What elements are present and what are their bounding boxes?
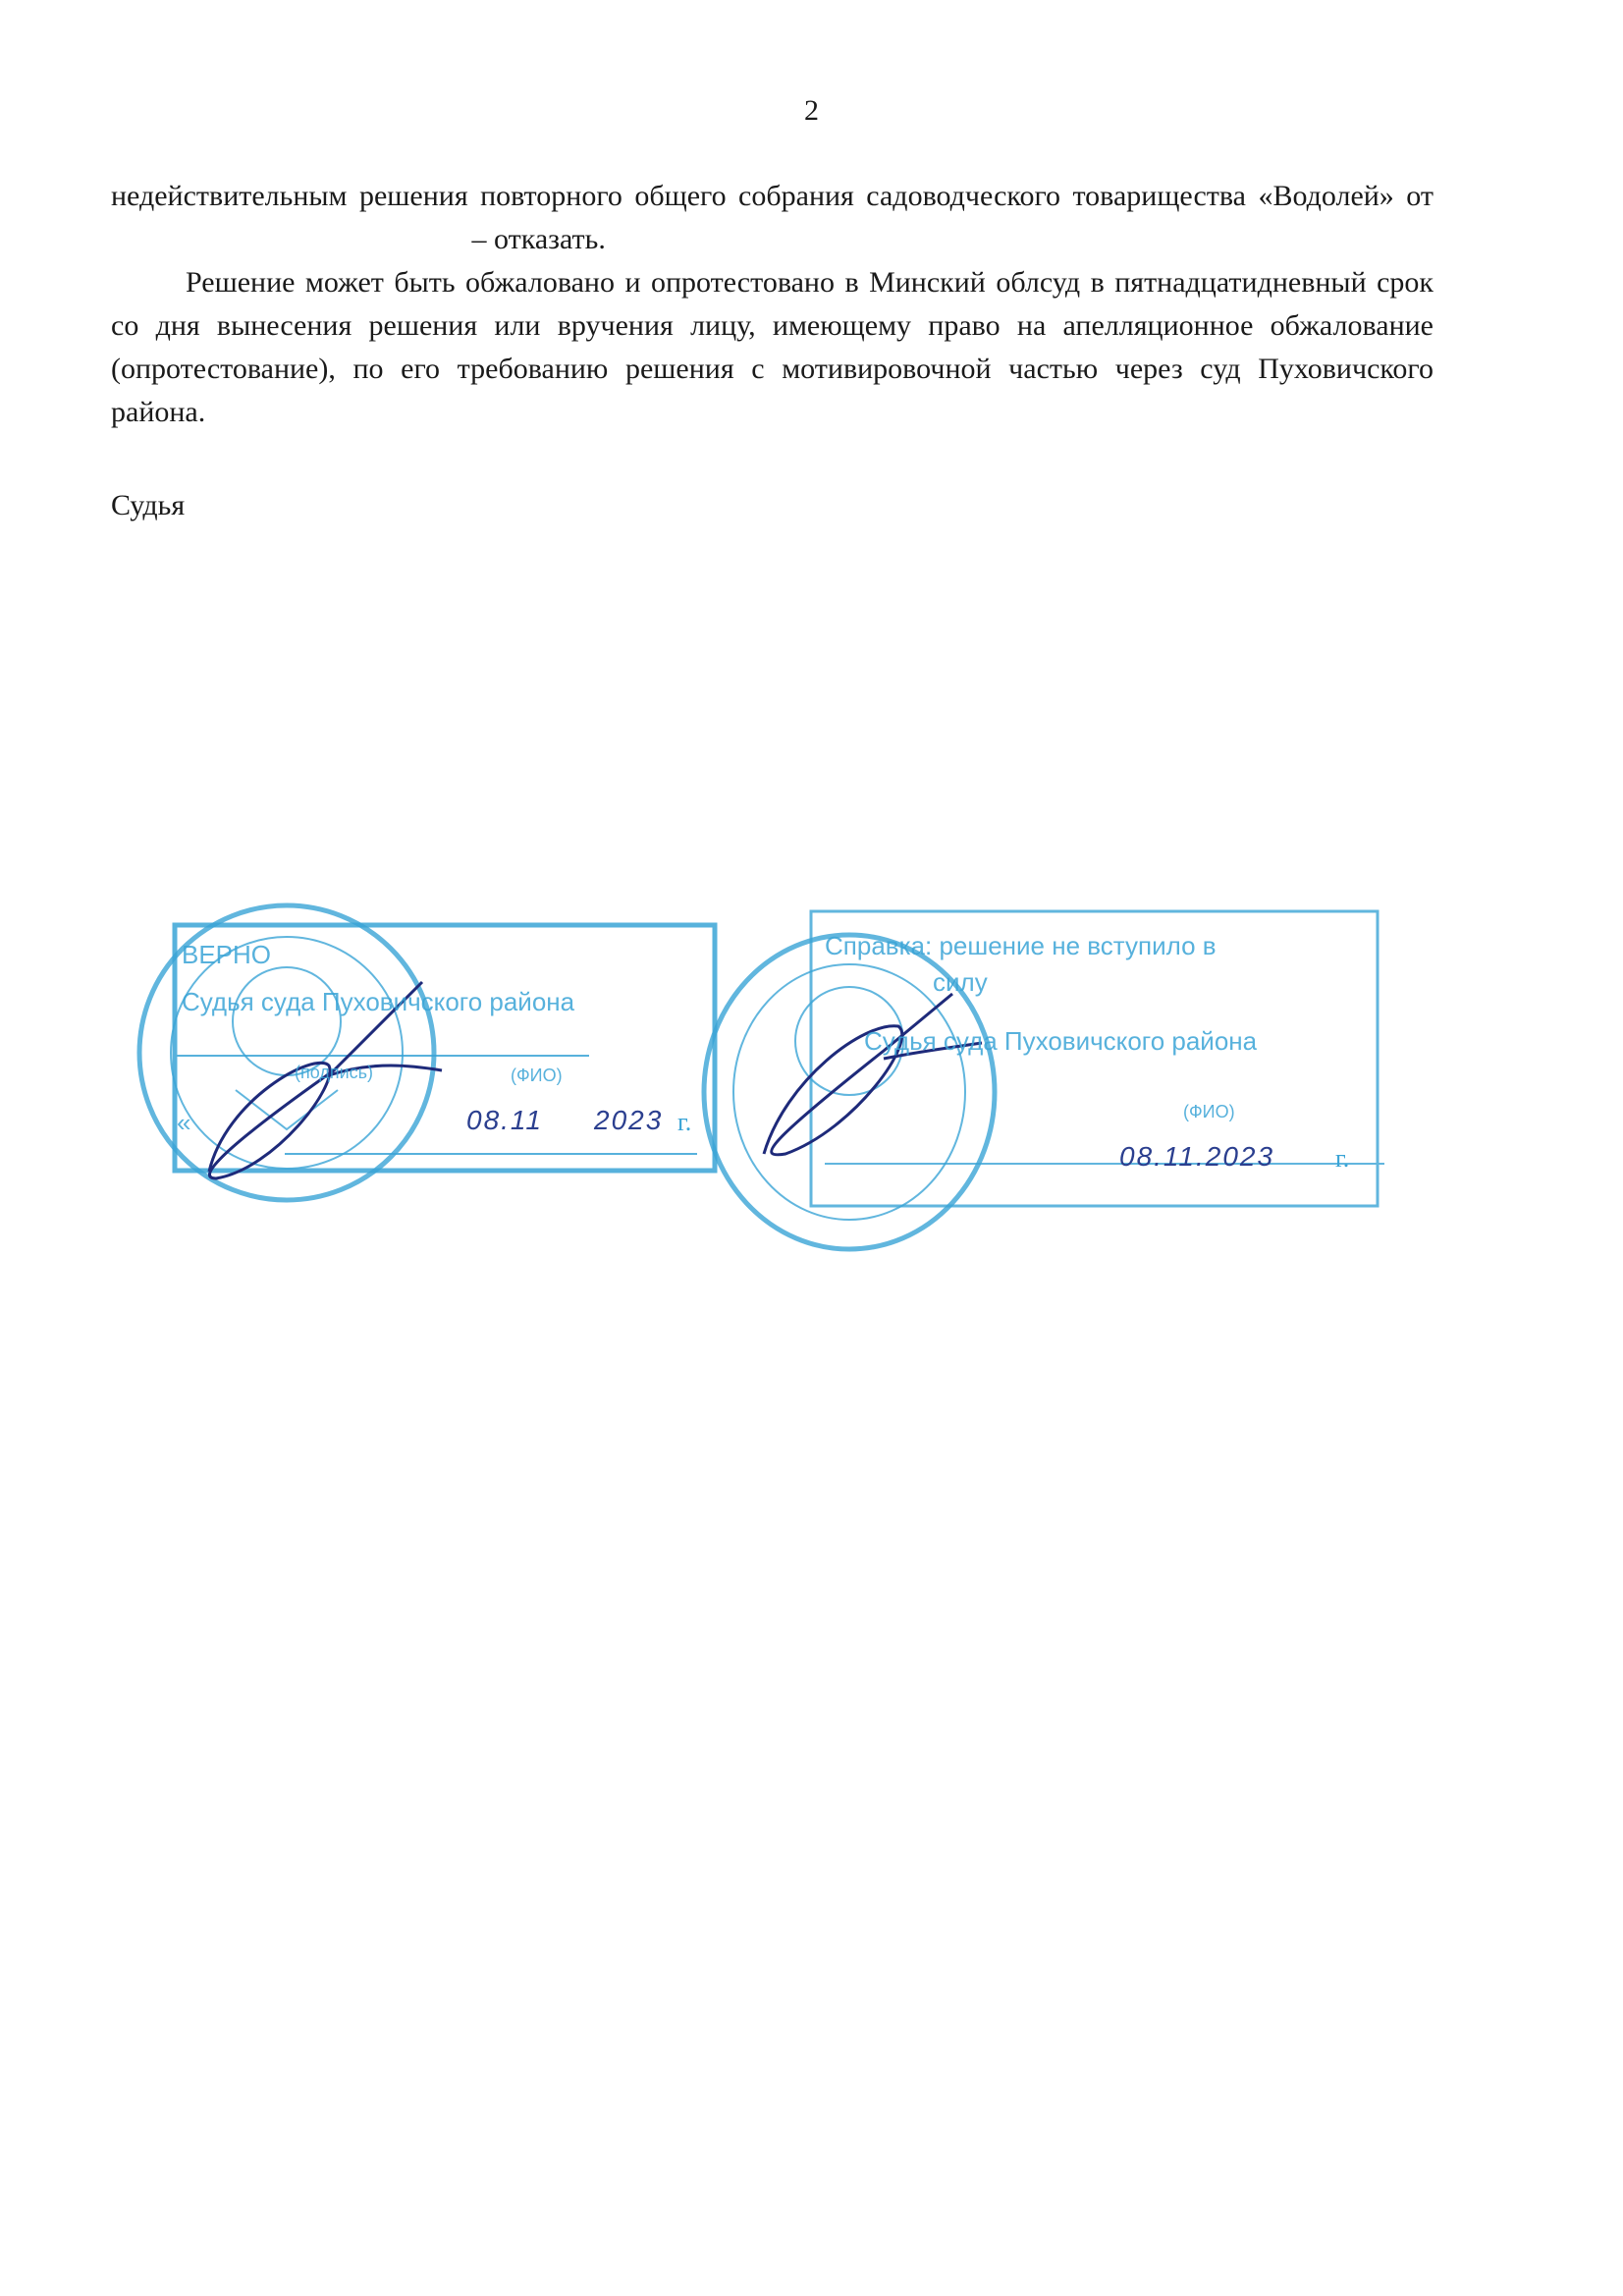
right-stamp-line-1: Справка: решение не вступило в [825, 931, 1217, 961]
right-stamp-line-3: Судья суда Пуховичского района [864, 1026, 1257, 1057]
left-stamp-line-2: Судья суда Пуховичского района [182, 987, 574, 1017]
left-stamp-date: 08.11 [466, 1105, 543, 1136]
right-stamp-year-suffix: г. [1335, 1144, 1349, 1174]
right-stamp-caption-initials: (ФИО) [1183, 1102, 1235, 1122]
left-stamp-line-1: ВЕРНО [182, 940, 271, 970]
left-stamp-year: 2023 [594, 1105, 663, 1136]
right-stamp-date: 08.11.2023 [1119, 1141, 1274, 1173]
left-stamp-year-suffix: г. [677, 1108, 691, 1137]
left-stamp-date-prefix: « [177, 1108, 190, 1138]
left-stamp-caption-initials: (ФИО) [511, 1066, 563, 1086]
signature-right [764, 994, 982, 1155]
left-stamp-caption-signature: (подпись) [295, 1063, 373, 1083]
stamps-area: ВЕРНО Судья суда Пуховичского района (по… [0, 0, 1623, 2296]
right-stamp-line-2: силу [933, 967, 988, 998]
stamp-graphics [0, 0, 1623, 2296]
